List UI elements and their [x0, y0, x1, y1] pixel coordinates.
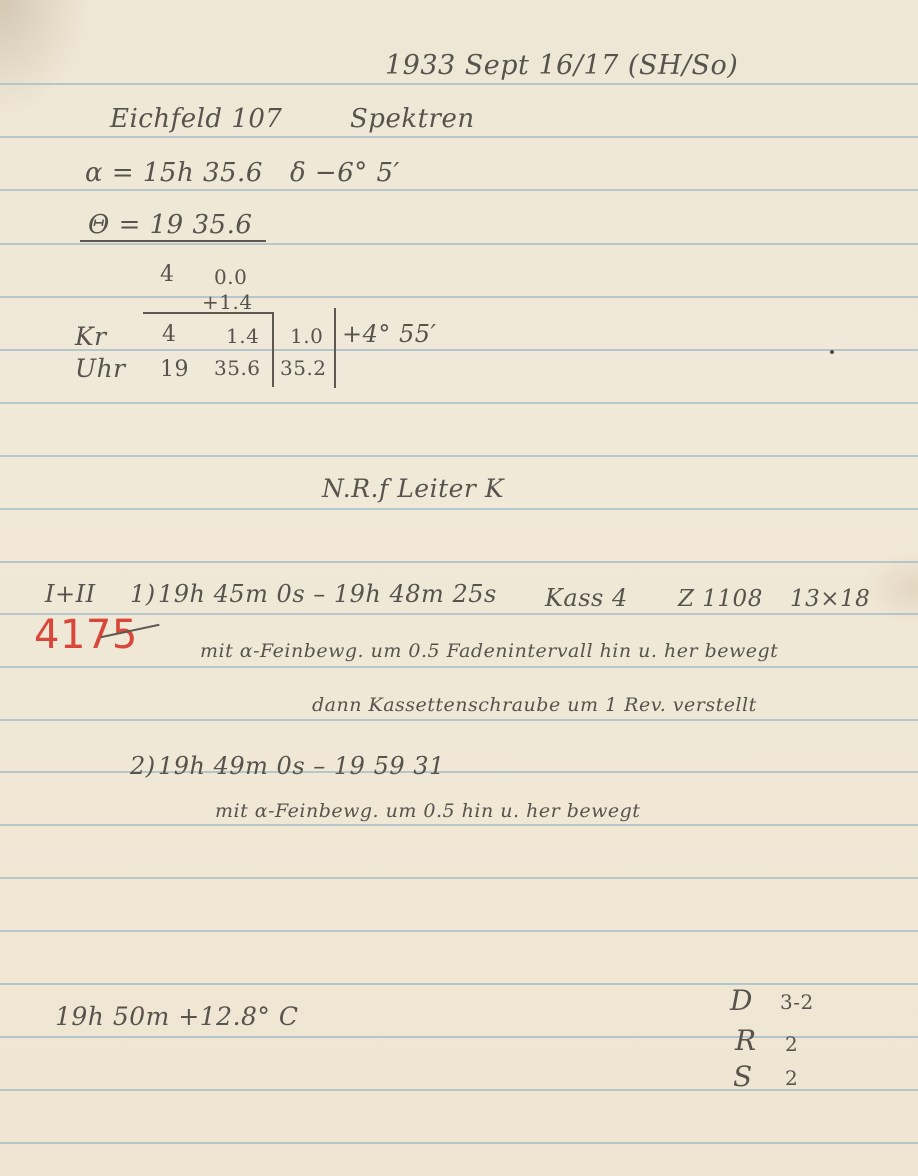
ruled-line: [0, 243, 918, 245]
uhr-col2: 35.2: [280, 356, 327, 380]
temperature-reading: 19h 50m +12.8° C: [55, 1002, 299, 1031]
ruled-line: [0, 349, 918, 351]
rating-value: 3-2: [780, 990, 814, 1014]
offset-hours: 4: [160, 262, 175, 287]
page-date: 1933 Sept 16/17 (SH/So): [385, 50, 738, 81]
ruled-line: [0, 719, 918, 721]
ruled-line: [0, 824, 918, 826]
kr-minutes: 1.4: [226, 324, 259, 348]
column-divider: [272, 312, 274, 387]
add-minutes: +1.4: [202, 290, 253, 314]
plate-label: I+II: [45, 580, 96, 608]
ruled-line: [0, 189, 918, 191]
rating-symbol: R: [735, 1024, 757, 1057]
exposure-index: 1): [130, 580, 156, 608]
ink-dot: [830, 350, 834, 354]
ruled-line: [0, 508, 918, 510]
plate-type: Z 1108: [678, 586, 763, 612]
sidereal-time: Θ = 19 35.6: [88, 210, 252, 240]
object-type: Spektren: [350, 104, 475, 134]
offset-minutes: 0.0: [214, 265, 247, 289]
ruled-line: [0, 402, 918, 404]
kr-col2: 1.0: [290, 324, 323, 348]
rating-symbol: S: [733, 1060, 753, 1093]
section-title: N.R.f Leiter K: [322, 474, 504, 503]
exposure-index: 2): [130, 752, 156, 780]
rating-symbol: D: [730, 984, 753, 1017]
exposure-note: mit α-Feinbewg. um 0.5 Fadenintervall hi…: [200, 640, 778, 662]
plate-size: 13×18: [790, 586, 870, 612]
kr-label: Kr: [75, 322, 107, 351]
ruled-line: [0, 136, 918, 138]
notebook-page: 1933 Sept 16/17 (SH/So) Eichfeld 107 Spe…: [0, 0, 918, 1176]
ruled-line: [0, 561, 918, 563]
ruled-line: [0, 83, 918, 85]
uhr-hours: 19: [160, 357, 189, 382]
exposure-time: 19h 49m 0s – 19 59 31: [158, 752, 445, 780]
sum-line: [143, 312, 273, 314]
column-divider: [334, 308, 336, 388]
exposure-note: dann Kassettenschraube um 1 Rev. verstel…: [312, 694, 757, 716]
right-ascension: α = 15h 35.6: [85, 158, 263, 188]
rating-value: 2: [785, 1066, 798, 1090]
ruled-line: [0, 1089, 918, 1091]
uhr-minutes: 35.6: [214, 356, 261, 380]
kr-col3: +4° 55′: [342, 320, 437, 348]
rating-value: 2: [785, 1032, 798, 1056]
ruled-line: [0, 877, 918, 879]
ruled-line: [0, 455, 918, 457]
ruled-line: [0, 1142, 918, 1144]
object-name: Eichfeld 107: [110, 104, 282, 134]
declination: δ −6° 5′: [290, 158, 400, 188]
ruled-line: [0, 983, 918, 985]
cassette: Kass 4: [545, 584, 628, 612]
exposure-time: 19h 45m 0s – 19h 48m 25s: [158, 580, 497, 608]
ruled-line: [0, 1036, 918, 1038]
ruled-line: [0, 930, 918, 932]
plate-number: 4175: [34, 612, 138, 658]
kr-hours: 4: [162, 322, 177, 347]
ruled-line: [0, 666, 918, 668]
uhr-label: Uhr: [75, 354, 126, 383]
exposure-note: mit α-Feinbewg. um 0.5 hin u. her bewegt: [215, 800, 640, 822]
ruled-line: [0, 296, 918, 298]
underline: [80, 240, 266, 242]
